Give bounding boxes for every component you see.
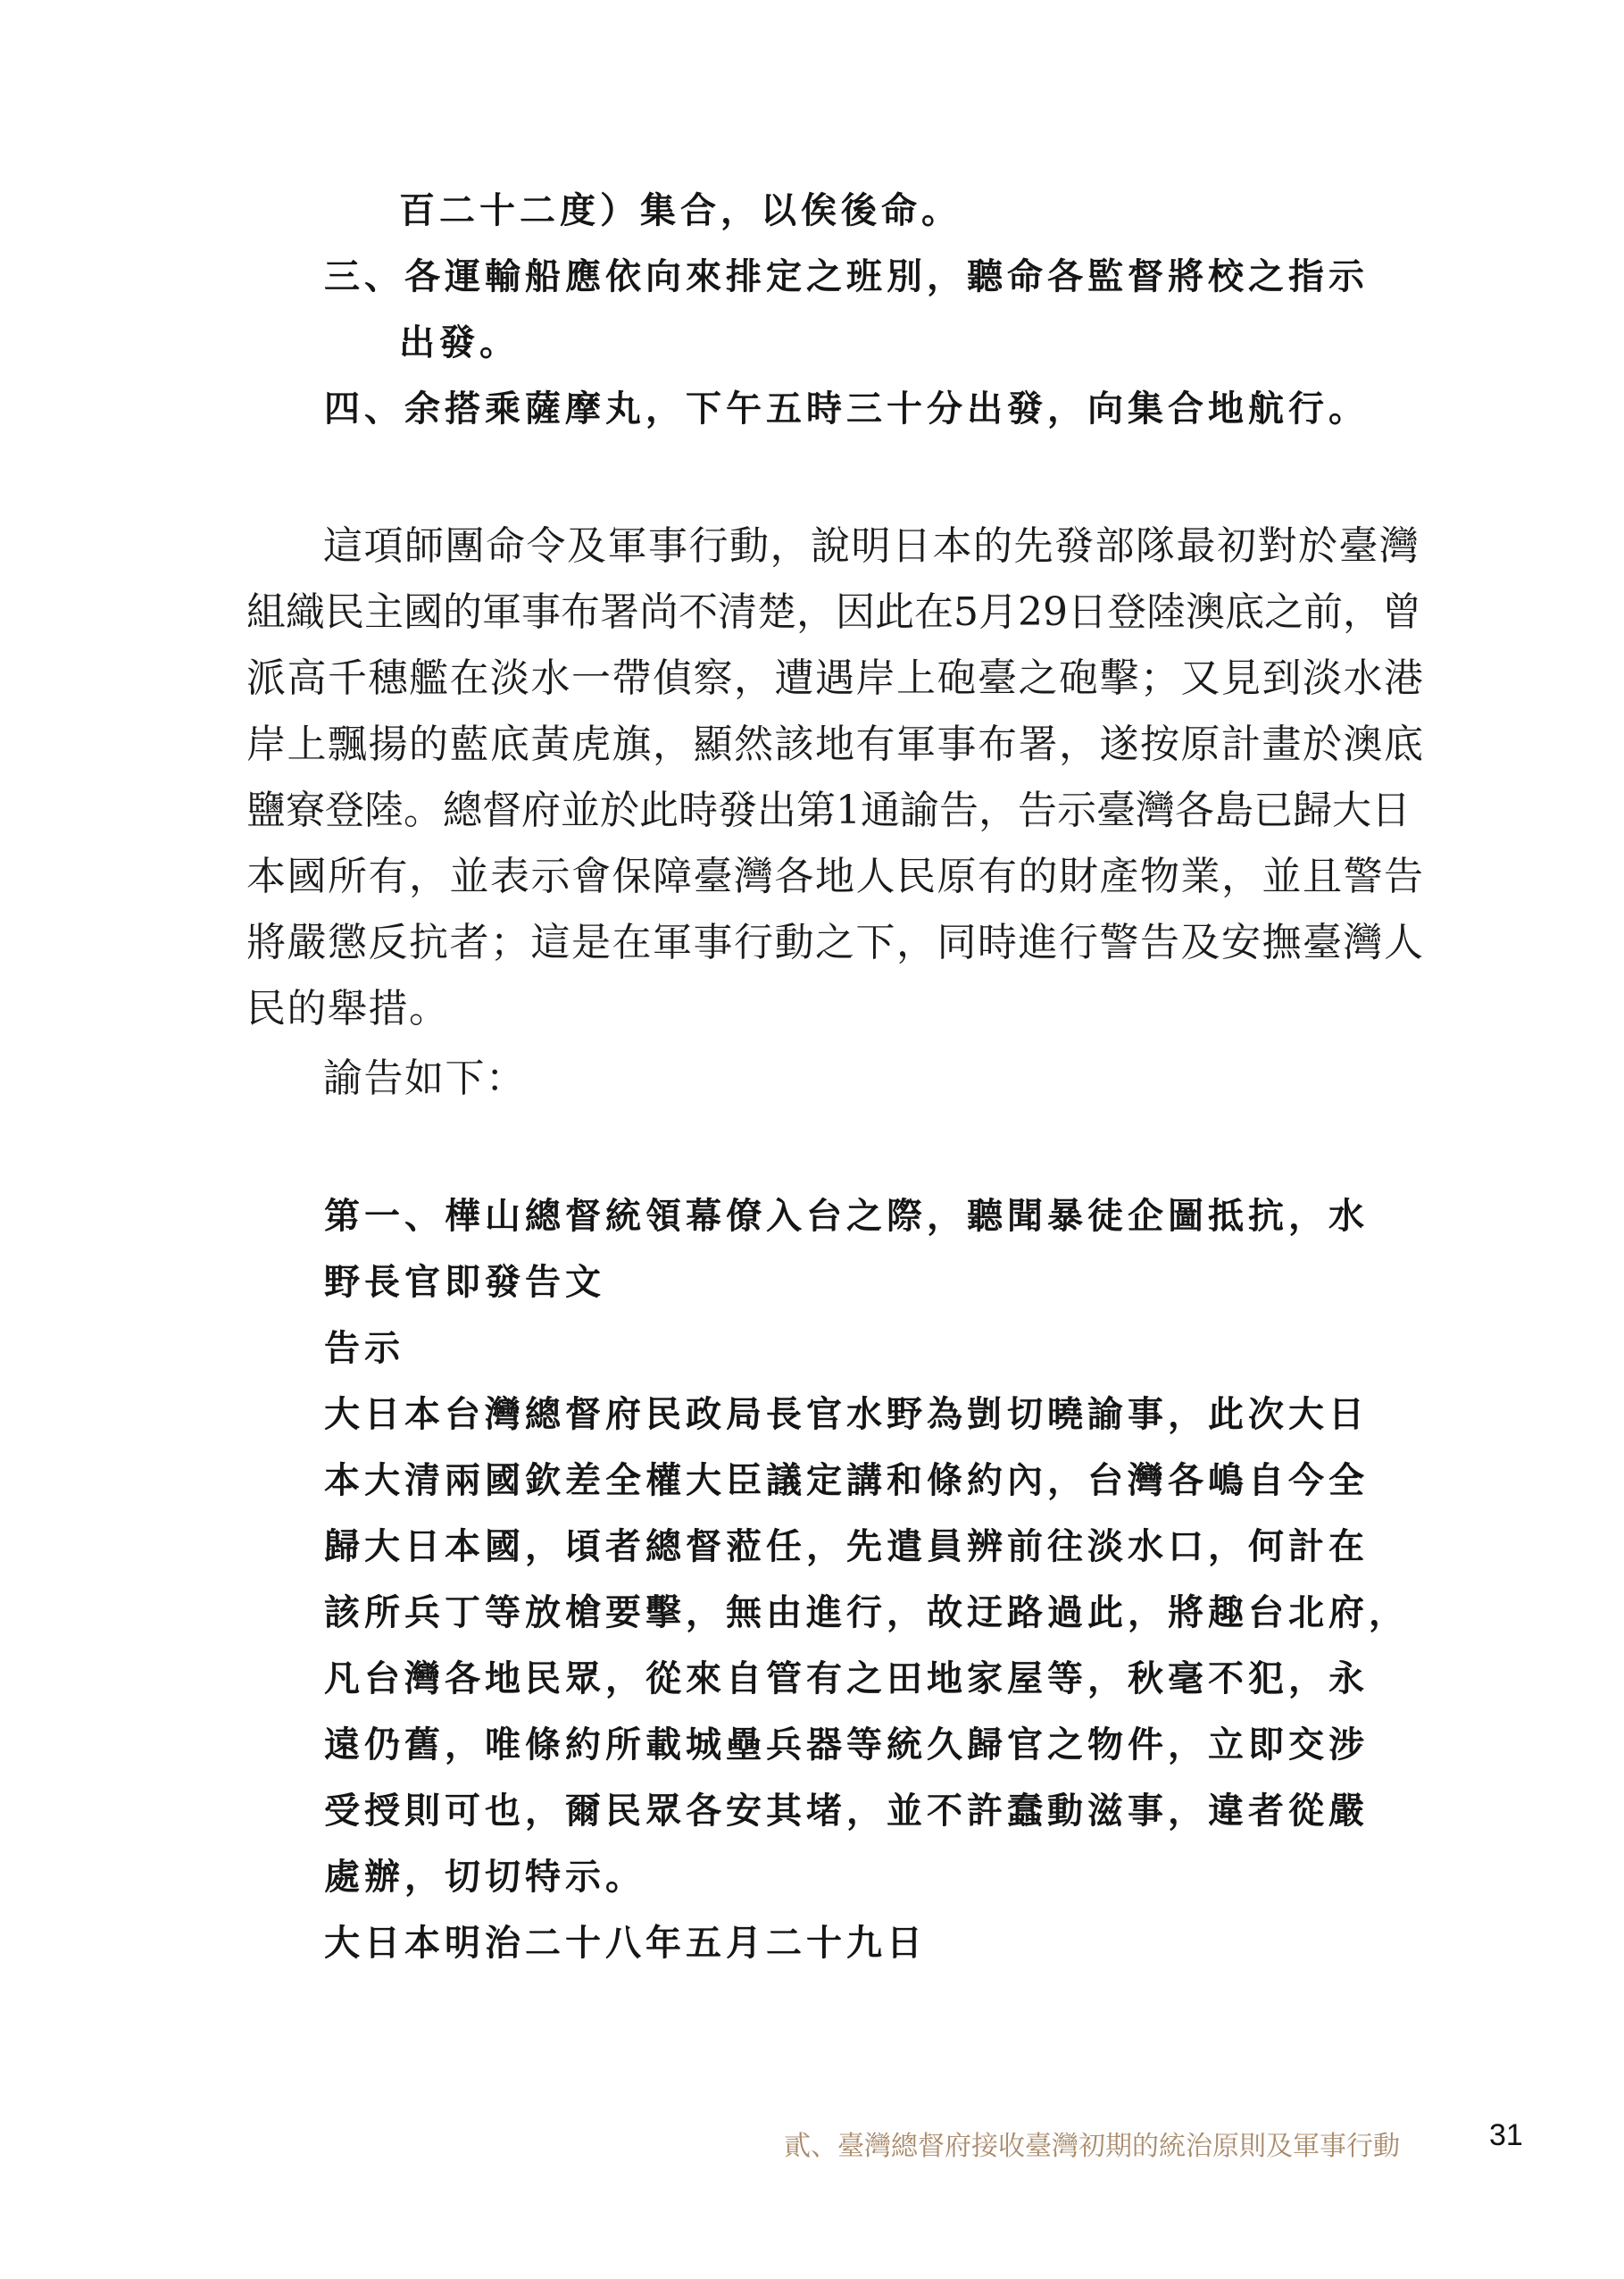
- order-item-3-continuation: 出發。: [399, 321, 520, 364]
- proclamation-line: 遠仍舊，唯條約所載城壘兵器等統久歸官之物件，立即交涉: [324, 1724, 1369, 1766]
- proclamation-label: 告示: [324, 1327, 404, 1370]
- paragraph-line: 民的舉措。: [246, 986, 450, 1032]
- proclamation-date: 大日本明治二十八年五月二十九日: [324, 1922, 927, 1965]
- document-page: 百二十二度）集合，以俟後命。 三、各運輸船應依向來排定之班別，聽命各監督將校之指…: [0, 0, 1624, 2279]
- proclamation-heading: 第一、樺山總督統領幕僚入台之際，聽聞暴徒企圖抵抗，水: [324, 1195, 1369, 1238]
- order-line-continuation: 百二十二度）集合，以俟後命。: [399, 189, 962, 232]
- proclamation-heading: 野長官即發告文: [324, 1261, 605, 1304]
- paragraph-line: 組織民主國的軍事布署尚不清楚，因此在5月29日登陸澳底之前，曾: [246, 589, 1421, 636]
- proclamation-line: 大日本台灣總督府民政局長官水野為剴切曉諭事，此次大日: [324, 1393, 1369, 1436]
- paragraph-line: 本國所有，並表示會保障臺灣各地人民原有的財產物業，並且警告: [246, 854, 1425, 900]
- proclamation-intro: 諭告如下：: [323, 1056, 527, 1102]
- proclamation-line: 該所兵丁等放槍要擊，無由進行，故迂路過此，將趣台北府，: [324, 1591, 1409, 1634]
- paragraph-line: 鹽寮登陸。總督府並於此時發出第1通諭告，告示臺灣各島已歸大日: [246, 788, 1411, 834]
- paragraph-line: 這項師團命令及軍事行動，說明日本的先發部隊最初對於臺灣: [323, 523, 1420, 570]
- paragraph-line: 岸上飄揚的藍底黃虎旗，顯然該地有軍事布署，遂按原計畫於澳底: [246, 722, 1425, 768]
- proclamation-line: 本大清兩國欽差全權大臣議定講和條約內，台灣各嶋自今全: [324, 1459, 1369, 1502]
- paragraph-line: 派高千穗艦在淡水一帶偵察，遭遇岸上砲臺之砲擊；又見到淡水港: [246, 655, 1425, 702]
- proclamation-line: 歸大日本國，頃者總督蒞任，先遣員辨前往淡水口，何計在: [324, 1525, 1369, 1568]
- page-number: 31: [1489, 2118, 1523, 2153]
- order-item-4: 四、余搭乘薩摩丸，下午五時三十分出發，向集合地航行。: [324, 388, 1369, 430]
- proclamation-line: 受授則可也，爾民眾各安其堵，並不許蠢動滋事，違者從嚴: [324, 1790, 1369, 1832]
- paragraph-line: 將嚴懲反抗者；這是在軍事行動之下，同時進行警告及安撫臺灣人: [246, 920, 1425, 966]
- order-item-3: 三、各運輸船應依向來排定之班別，聽命各監督將校之指示: [324, 255, 1369, 298]
- proclamation-line: 處辦，切切特示。: [324, 1856, 645, 1899]
- running-chapter-title: 貳、臺灣總督府接收臺灣初期的統治原則及軍事行動: [784, 2124, 1400, 2163]
- proclamation-line: 凡台灣各地民眾，從來自管有之田地家屋等，秋毫不犯，永: [324, 1657, 1369, 1700]
